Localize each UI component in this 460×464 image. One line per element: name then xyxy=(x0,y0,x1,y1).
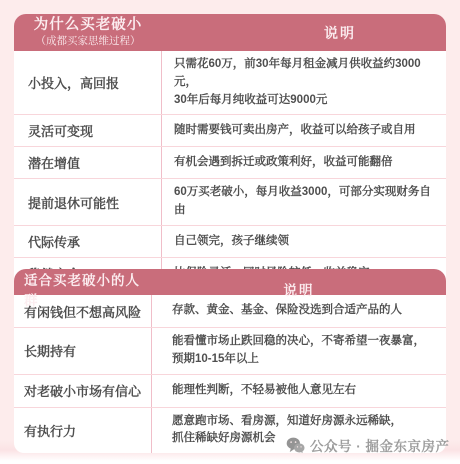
suitable-buyers-table-header: 适合买老破小的人群 说明 xyxy=(14,269,446,295)
row-desc: 随时需要钱可卖出房产，收益可以给孩子或自用 xyxy=(162,115,446,146)
table-row: 对老破小市场有信心 能理性判断，不轻易被他人意见左右 xyxy=(14,374,446,407)
footer-text: 公众号 · 掘金东京房产 xyxy=(310,435,450,455)
row-desc: 能理性判断，不轻易被他人意见左右 xyxy=(152,375,446,407)
table1-header-left: 为什么买老破小 （成都买家思维过程） xyxy=(14,17,162,48)
wechat-icon xyxy=(286,437,305,454)
row-label: 小投入，高回报 xyxy=(14,51,162,114)
page: 为什么买老破小 （成都买家思维过程） 说明 小投入，高回报 只需花60万，前30… xyxy=(0,0,460,464)
row-desc: 自己领完，孩子继续领 xyxy=(162,226,446,257)
table-row: 长期持有 能看懂市场止跌回稳的决心，不寄希望一夜暴富， 预期10-15年以上 xyxy=(14,327,446,374)
row-label: 有闲钱但不想高风险 xyxy=(14,295,152,327)
row-label: 对老破小市场有信心 xyxy=(14,375,152,407)
why-buy-table-body: 小投入，高回报 只需花60万，前30年每月租金减月供收益约3000元， 30年后… xyxy=(14,51,446,289)
table-row: 潜在增值 有机会遇到拆迁或政策利好，收益可能翻倍 xyxy=(14,146,446,178)
wechat-footer: 公众号 · 掘金东京房产 xyxy=(286,435,450,455)
row-desc: 存款、黄金、基金、保险没选到合适产品的人 xyxy=(152,295,446,327)
row-label: 长期持有 xyxy=(14,328,152,374)
row-desc: 能看懂市场止跌回稳的决心，不寄希望一夜暴富， 预期10-15年以上 xyxy=(152,328,446,374)
row-desc: 有机会遇到拆迁或政策利好，收益可能翻倍 xyxy=(162,147,446,178)
row-label: 有执行力 xyxy=(14,408,152,454)
table1-desc-column-header: 说明 xyxy=(198,23,460,43)
row-label: 代际传承 xyxy=(14,226,162,257)
row-desc: 只需花60万，前30年每月租金减月供收益约3000元， 30年后每月纯收益可达9… xyxy=(162,51,446,114)
table1-title: 为什么买老破小 xyxy=(14,17,162,34)
table-row: 有闲钱但不想高风险 存款、黄金、基金、保险没选到合适产品的人 xyxy=(14,295,446,327)
table-row: 小投入，高回报 只需花60万，前30年每月租金减月供收益约3000元， 30年后… xyxy=(14,51,446,114)
why-buy-table: 为什么买老破小 （成都买家思维过程） 说明 小投入，高回报 只需花60万，前30… xyxy=(14,14,446,289)
table-row: 代际传承 自己领完，孩子继续领 xyxy=(14,225,446,257)
suitable-buyers-table-body: 有闲钱但不想高风险 存款、黄金、基金、保险没选到合适产品的人 长期持有 能看懂市… xyxy=(14,295,446,453)
suitable-buyers-table: 适合买老破小的人群 说明 有闲钱但不想高风险 存款、黄金、基金、保险没选到合适产… xyxy=(14,269,446,453)
table-row: 灵活可变现 随时需要钱可卖出房产，收益可以给孩子或自用 xyxy=(14,114,446,146)
row-label: 提前退休可能性 xyxy=(14,179,162,225)
table1-subtitle: （成都买家思维过程） xyxy=(14,35,162,48)
why-buy-table-header: 为什么买老破小 （成都买家思维过程） 说明 xyxy=(14,14,446,51)
row-desc: 60万买老破小，每月收益3000，可部分实现财务自由 xyxy=(162,179,446,225)
row-label: 灵活可变现 xyxy=(14,115,162,146)
row-label: 潜在增值 xyxy=(14,147,162,178)
table-row: 提前退休可能性 60万买老破小，每月收益3000，可部分实现财务自由 xyxy=(14,178,446,225)
